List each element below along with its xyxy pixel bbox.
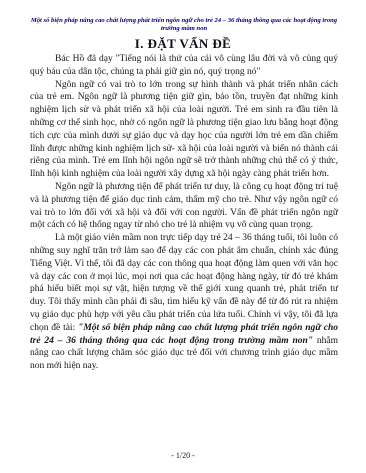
text-segment: Ngôn ngữ có vai trò to lớn trong sự hình… [30, 80, 338, 180]
paragraph: Ngôn ngữ là phương tiện để phát triển tư… [30, 181, 338, 232]
text-segment: Ngôn ngữ là phương tiện để phát triển tư… [30, 182, 338, 230]
paragraph: Ngôn ngữ có vai trò to lớn trong sự hình… [30, 79, 338, 181]
page-number: - 1/20 - [0, 451, 366, 460]
document-body: Bác Hồ đã dạy "Tiếng nói là thứ của cải … [30, 53, 338, 373]
paragraph: Là một giáo viên mầm non trực tiếp dạy t… [30, 232, 338, 373]
text-segment: Bác Hồ đã dạy "Tiếng nói là thứ của cải … [30, 54, 338, 77]
page-title: I. ĐẶT VẤN ĐỀ [0, 36, 366, 52]
running-header: Một số biện pháp nâng cao chất lượng phá… [30, 17, 338, 32]
paragraph: Bác Hồ đã dạy "Tiếng nói là thứ của cải … [30, 53, 338, 79]
text-segment: Là một giáo viên mầm non trực tiếp dạy t… [30, 233, 338, 333]
document-page: Một số biện pháp nâng cao chất lượng phá… [0, 0, 366, 473]
